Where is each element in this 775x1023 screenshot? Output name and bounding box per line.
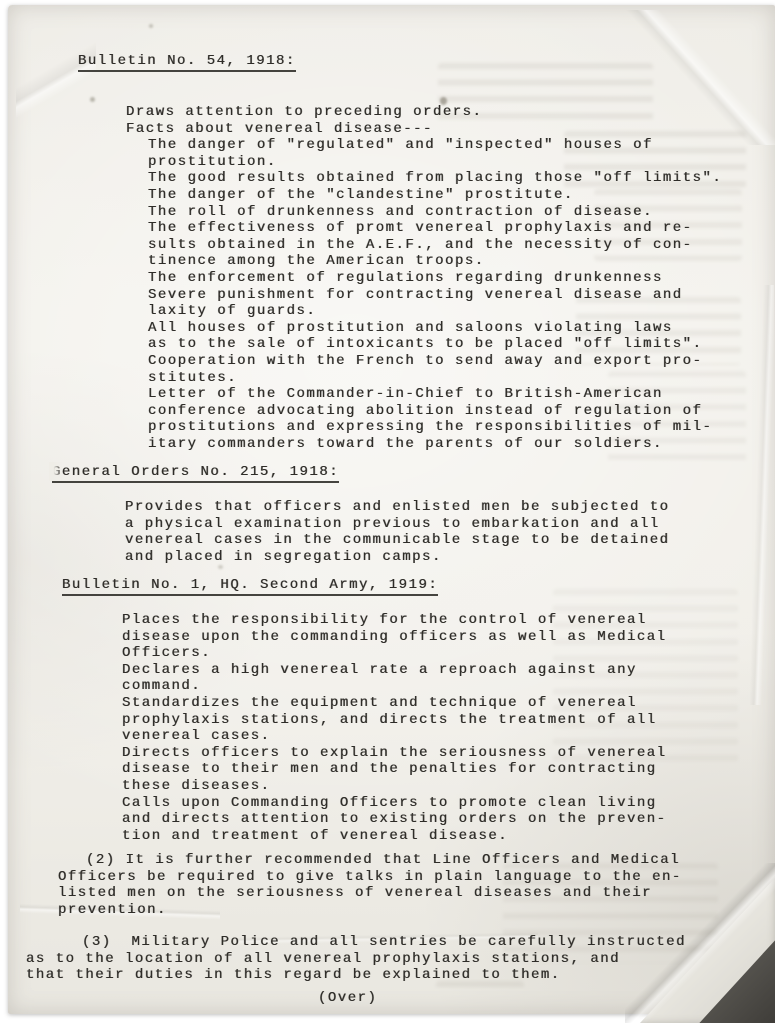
section-heading-text: General Orders No. 215, 1918: xyxy=(52,464,339,483)
text-line: and directs attention to existing orders… xyxy=(122,811,667,828)
text-line: Officers. xyxy=(122,645,667,662)
text-line: All houses of prostitution and saloons v… xyxy=(148,320,722,337)
faded-edge-overlay xyxy=(49,462,62,481)
text-line: conference advocating abolition instead … xyxy=(148,403,722,420)
text-line: venereal cases. xyxy=(122,728,667,745)
body-block: Places the responsibility for the contro… xyxy=(122,612,667,844)
text-line: Cooperation with the French to send away… xyxy=(148,353,722,370)
text-line: Calls upon Commanding Officers to promot… xyxy=(122,795,667,812)
text-line: The danger of the "clandestine" prostitu… xyxy=(148,187,722,204)
text-line: a physical examination previous to embar… xyxy=(125,516,670,533)
section-heading: Bulletin No. 54, 1918: xyxy=(78,53,296,72)
section-heading-text: Bulletin No. 54, 1918: xyxy=(78,53,296,72)
text-line: and placed in segregation camps. xyxy=(125,549,670,566)
text-line: The effectiveness of promt venereal prop… xyxy=(148,220,722,237)
text-line: Declares a high venereal rate a reproach… xyxy=(122,662,667,679)
text-line: prostitution. xyxy=(148,154,722,171)
text-line: stitutes. xyxy=(148,370,722,387)
body-block: Provides that officers and enlisted men … xyxy=(125,499,670,565)
text-line: tinence among the American troops. xyxy=(148,253,722,270)
text-line: prevention. xyxy=(58,902,682,919)
text-line: prophylaxis stations, and directs the tr… xyxy=(122,712,667,729)
document-page: Bulletin No. 54, 1918:Draws attention to… xyxy=(0,0,775,1023)
paragraph-block: (2) It is further recommended that Line … xyxy=(58,852,682,918)
body-block: Draws attention to preceding orders.Fact… xyxy=(126,104,722,452)
section-heading-text: Bulletin No. 1, HQ. Second Army, 1919: xyxy=(62,577,438,596)
text-line: listed men on the seriousness of venerea… xyxy=(58,885,682,902)
text-line: The good results obtained from placing t… xyxy=(148,170,722,187)
text-line: disease upon the commanding officers as … xyxy=(122,629,667,646)
paragraph-block: (3) Military Police and all sentries be … xyxy=(26,934,686,984)
text-line: (3) Military Police and all sentries be … xyxy=(82,934,686,951)
page-footer: (Over) xyxy=(318,990,377,1007)
text-line: command. xyxy=(122,678,667,695)
text-line: tion and treatment of venereal disease. xyxy=(122,828,667,845)
text-line: Provides that officers and enlisted men … xyxy=(125,499,670,516)
text-line: sults obtained in the A.E.F., and the ne… xyxy=(148,237,722,254)
text-line: that their duties in this regard be expl… xyxy=(26,967,686,984)
text-line: laxity of guards. xyxy=(148,303,722,320)
section-heading: Bulletin No. 1, HQ. Second Army, 1919: xyxy=(62,577,438,596)
text-line: The roll of drunkenness and contraction … xyxy=(148,204,722,221)
text-line: as to the sale of intoxicants to be plac… xyxy=(148,336,722,353)
text-line: Officers be required to give talks in pl… xyxy=(58,869,682,886)
section-heading: General Orders No. 215, 1918: xyxy=(52,464,339,483)
text-line: Letter of the Commander-in-Chief to Brit… xyxy=(148,386,722,403)
text-line: Draws attention to preceding orders. xyxy=(126,104,722,121)
text-line: Directs officers to explain the seriousn… xyxy=(122,745,667,762)
footer-text: (Over) xyxy=(318,990,377,1007)
text-line: as to the location of all venereal proph… xyxy=(26,951,686,968)
text-line: Standardizes the equipment and technique… xyxy=(122,695,667,712)
typewritten-content: Bulletin No. 54, 1918:Draws attention to… xyxy=(0,0,775,1023)
text-line: Severe punishment for contracting venere… xyxy=(148,287,722,304)
text-line: The enforcement of regulations regarding… xyxy=(148,270,722,287)
text-line: Facts about venereal disease--- xyxy=(126,121,722,138)
text-line: itary commanders toward the parents of o… xyxy=(148,436,722,453)
text-line: The danger of "regulated" and "inspected… xyxy=(148,137,722,154)
text-line: venereal cases in the communicable stage… xyxy=(125,532,670,549)
text-line: Places the responsibility for the contro… xyxy=(122,612,667,629)
text-line: disease to their men and the penalties f… xyxy=(122,761,667,778)
text-line: these diseases. xyxy=(122,778,667,795)
text-line: prostitutions and expressing the respons… xyxy=(148,419,722,436)
text-line: (2) It is further recommended that Line … xyxy=(86,852,682,869)
